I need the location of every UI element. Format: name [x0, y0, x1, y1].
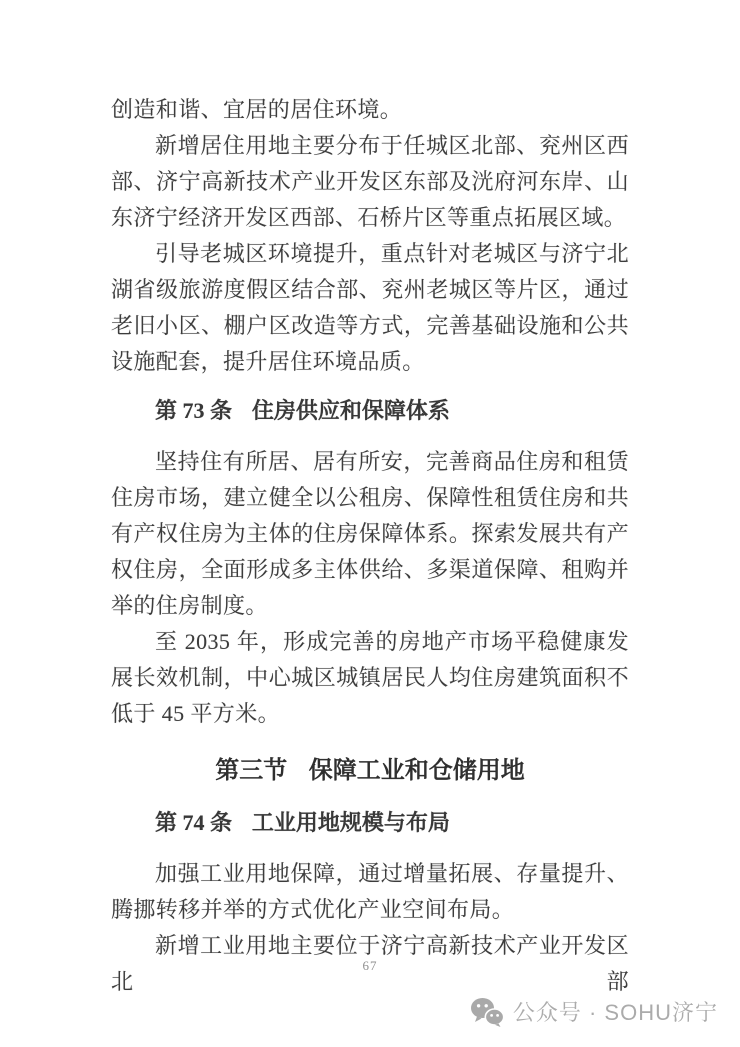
- paragraph: 加强工业用地保障，通过增量拓展、存量提升、腾挪转移并举的方式优化产业空间布局。: [111, 856, 629, 928]
- article-number: 第 73 条: [155, 398, 232, 423]
- page-number: 67: [0, 958, 740, 974]
- paragraph: 创造和谐、宜居的居住环境。: [111, 92, 629, 128]
- article-heading-74: 第 74 条工业用地规模与布局: [111, 808, 629, 838]
- paragraph: 新增居住用地主要分布于任城区北部、兖州区西部、济宁高新技术产业开发区东部及洸府河…: [111, 128, 629, 236]
- publisher-watermark-label: 公众号 · SOHU济宁: [513, 996, 718, 1027]
- section-title: 保障工业和仓储用地: [309, 757, 525, 784]
- section-heading: 第三节保障工业和仓储用地: [111, 754, 629, 788]
- paragraph: 引导老城区环境提升，重点针对老城区与济宁北湖省级旅游度假区结合部、兖州老城区等片…: [111, 236, 629, 380]
- publisher-watermark: 公众号 · SOHU济宁: [470, 996, 718, 1027]
- paragraph: 坚持住有所居、居有所安，完善商品住房和租赁住房市场，建立健全以公租房、保障性租赁…: [111, 444, 629, 624]
- article-title: 住房供应和保障体系: [252, 398, 450, 423]
- article-title: 工业用地规模与布局: [252, 810, 450, 835]
- wechat-icon: [470, 997, 504, 1027]
- paragraph: 至 2035 年，形成完善的房地产市场平稳健康发展长效机制，中心城区城镇居民人均…: [111, 624, 629, 732]
- document-body: 创造和谐、宜居的居住环境。 新增居住用地主要分布于任城区北部、兖州区西部、济宁高…: [111, 92, 629, 1000]
- article-heading-73: 第 73 条住房供应和保障体系: [111, 396, 629, 426]
- document-page: 创造和谐、宜居的居住环境。 新增居住用地主要分布于任城区北部、兖州区西部、济宁高…: [0, 0, 740, 1047]
- article-number: 第 74 条: [155, 810, 232, 835]
- section-number: 第三节: [215, 757, 287, 784]
